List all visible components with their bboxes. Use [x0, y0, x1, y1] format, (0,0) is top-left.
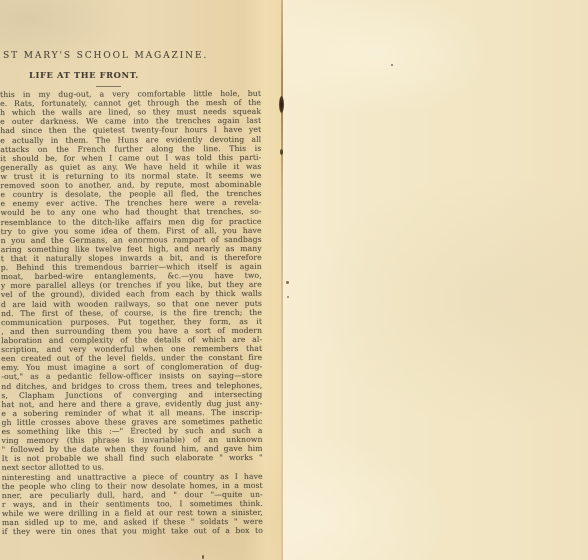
- text-line: -out," as a pedantic fellow-officer insi…: [1, 371, 262, 381]
- page-gutter-seam: [281, 0, 283, 560]
- text-line: It is not probable we shall find such el…: [2, 453, 263, 463]
- ink-speck: [286, 281, 289, 284]
- scanned-page-spread: ST MARY'S SCHOOL MAGAZINE. LIFE AT THE F…: [0, 0, 588, 560]
- left-page: ST MARY'S SCHOOL MAGAZINE. LIFE AT THE F…: [0, 0, 283, 560]
- ink-blot: [279, 96, 284, 113]
- text-line: had since then the quietest twenty-four …: [0, 125, 261, 135]
- ink-speck: [202, 555, 204, 559]
- title-rule-divider: [96, 86, 121, 87]
- article-title: LIFE AT THE FRONT.: [29, 70, 139, 80]
- ink-speck: [280, 149, 283, 155]
- ink-speck: [287, 296, 289, 298]
- left-text-column: this in my dug-out, a very comfortable l…: [0, 89, 263, 536]
- ink-speck: [391, 64, 393, 66]
- text-line: vel of the ground), divided each from ea…: [1, 289, 262, 299]
- text-line: would be to any one who had thought that…: [1, 207, 262, 217]
- running-header-left: ST MARY'S SCHOOL MAGAZINE.: [3, 51, 208, 61]
- right-page: ST MARY'S SCHOOL MAGAZINE. play with ! B…: [283, 0, 588, 560]
- text-line: if they were tin ones that you might tak…: [2, 526, 263, 536]
